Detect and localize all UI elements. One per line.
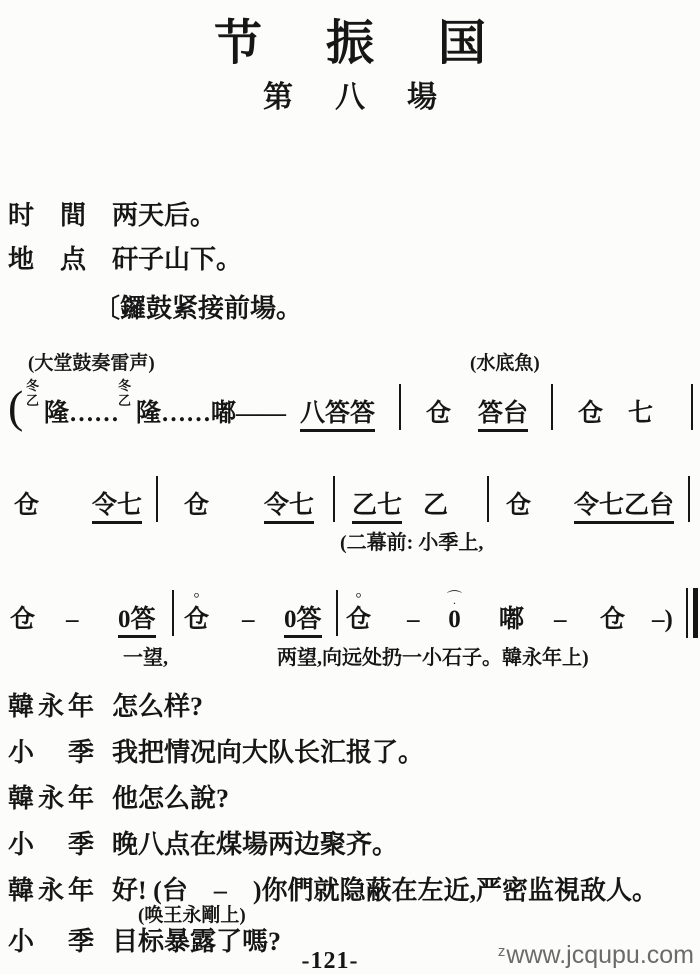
- grace-notes: 冬乙: [118, 379, 131, 408]
- notation-char: 仓: [184, 607, 209, 632]
- barline: [551, 384, 553, 430]
- dialogue-text: 他怎么說?: [112, 784, 229, 813]
- notation-token: 0答: [118, 607, 156, 638]
- dialogue-row: 小 季我把情况向大队长汇报了。: [8, 738, 696, 768]
- notation-line-3: 仓–0答°仓–0答°仓–⌒0嘟–仓–): [0, 580, 700, 638]
- watermark-text: www.jcqupu.com: [506, 941, 694, 969]
- percussion-label-left: (大堂鼓奏雷声): [28, 348, 155, 375]
- dialogue-note: (唤王永剛上): [138, 906, 696, 927]
- notation-token: 嘟: [499, 607, 524, 632]
- notation-token: °仓: [184, 592, 209, 632]
- notation-token: 仓: [184, 493, 209, 518]
- dialogue-speaker: 小 季: [8, 830, 112, 860]
- place-label: 地点: [8, 246, 112, 275]
- dialogue-text: 晚八点在煤場两边聚齐。: [112, 830, 398, 859]
- time-value: 两天后。: [112, 202, 216, 231]
- dialogue-text-block: 他怎么說?: [112, 784, 696, 814]
- open-paren: (: [8, 384, 23, 430]
- grace-top: 冬: [118, 379, 131, 393]
- notation-token: 隆……嘟——: [136, 401, 286, 426]
- stage-caption: 一望,: [123, 641, 168, 670]
- barline: [172, 590, 174, 636]
- barline: [688, 476, 690, 522]
- scene-subtitle: 第八場: [0, 72, 700, 116]
- fermata-mark: ⌒: [447, 592, 462, 607]
- notation-line-2: 仓令七仓令七乙七乙仓令七乙台: [0, 474, 700, 524]
- dialogue-speaker: 韓永年: [8, 876, 112, 928]
- stage-caption: (二幕前: 小季上,: [340, 526, 483, 555]
- notation-token: 八答答: [300, 401, 375, 432]
- notation-token: 乙台: [624, 493, 674, 524]
- watermark-logo: z: [498, 943, 506, 960]
- dialogue-row: 韓永年好! (台 – )你們就隐蔽在左近,严密监視敌人。(唤王永剛上): [8, 876, 696, 928]
- notation-subgroup: 答答: [325, 400, 375, 431]
- dash-token: –: [407, 607, 420, 632]
- dialogue-text-block: 好! (台 – )你們就隐蔽在左近,严密监視敌人。(唤王永剛上): [112, 876, 696, 928]
- dialogue-text-block: 怎么样?: [112, 692, 696, 722]
- barline: [333, 476, 335, 522]
- stage-direction: 〔鑼鼓紧接前場。: [94, 288, 302, 325]
- notation-token: 仓: [10, 607, 35, 632]
- notation-token: ⌒0: [447, 592, 462, 632]
- barline: [336, 590, 338, 636]
- dialogue-text: 我把情况向大队长汇报了。: [112, 738, 424, 767]
- time-label: 时間: [8, 202, 112, 231]
- dialogue-row: 韓永年他怎么說?: [8, 784, 696, 814]
- dialogue-text: 怎么样?: [112, 692, 203, 721]
- notation-char: 仓: [346, 607, 371, 632]
- notation-token: 乙: [423, 493, 448, 518]
- notation-token: 仓: [600, 607, 625, 632]
- percussion-label-right: (水底魚): [470, 348, 540, 375]
- stage-caption: 两望,向远处扔一小石子。韓永年上): [277, 641, 589, 670]
- dialogue-speaker: 小 季: [8, 738, 112, 768]
- ring-mark: °: [194, 592, 200, 607]
- score-page: 节振国 第八場 时間 两天后。 地点 矸子山下。 〔鑼鼓紧接前場。 (大堂鼓奏雷…: [0, 0, 700, 974]
- grace-top: 冬: [26, 379, 39, 393]
- notation-token: 令七: [574, 493, 624, 524]
- notation-line-1: (冬乙隆……冬乙隆……嘟——八答答仓答台仓七: [0, 378, 700, 432]
- notation-token: –): [652, 607, 673, 632]
- notation-token: 七: [628, 401, 653, 426]
- dialogue-speaker: 韓永年: [8, 692, 112, 722]
- grace-bottom: 乙: [26, 394, 39, 408]
- dash-token: –: [242, 607, 255, 632]
- meta-row-place: 地点 矸子山下。: [8, 246, 242, 275]
- notation-token: 仓: [14, 493, 39, 518]
- notation-token: 仓: [578, 401, 603, 426]
- dialogue-text-block: 晚八点在煤場两边聚齐。: [112, 830, 696, 860]
- dialogue-text-block: 我把情况向大队长汇报了。: [112, 738, 696, 768]
- grace-bottom: 乙: [118, 394, 131, 408]
- notation-token: 乙七: [352, 493, 402, 524]
- barline: [487, 476, 489, 522]
- dialogue-row: 韓永年怎么样?: [8, 692, 696, 722]
- dialogue-speaker: 韓永年: [8, 784, 112, 814]
- barline: [691, 384, 693, 430]
- place-value: 矸子山下。: [112, 246, 242, 275]
- notation-char: 0: [448, 607, 461, 632]
- notation-token: 隆……: [44, 401, 119, 426]
- ring-mark: °: [356, 592, 362, 607]
- barline: [156, 476, 158, 522]
- dialogue-section: 韓永年怎么样?小 季我把情况向大队长汇报了。韓永年他怎么說?小 季晚八点在煤場两…: [8, 692, 696, 973]
- notation-token: °仓: [346, 592, 371, 632]
- notation-token: 0答: [284, 607, 322, 638]
- meta-row-time: 时間 两天后。: [8, 202, 216, 231]
- notation-token: 答台: [478, 401, 528, 432]
- notation-token: 仓: [426, 401, 451, 426]
- final-barline: [686, 588, 698, 638]
- barline: [399, 384, 401, 430]
- dialogue-row: 小 季晚八点在煤場两边聚齐。: [8, 830, 696, 860]
- grace-notes: 冬乙: [26, 379, 39, 408]
- notation-token: 令七: [264, 493, 314, 524]
- page-title: 节振国: [0, 4, 700, 73]
- dash-token: –: [66, 607, 79, 632]
- dash-token: –: [554, 607, 567, 632]
- notation-token: 令七: [92, 493, 142, 524]
- dialogue-text: 好! (台 – )你們就隐蔽在左近,严密监視敌人。: [112, 876, 658, 905]
- watermark: zwww.jcqupu.com: [498, 941, 694, 970]
- notation-token: 仓: [506, 493, 531, 518]
